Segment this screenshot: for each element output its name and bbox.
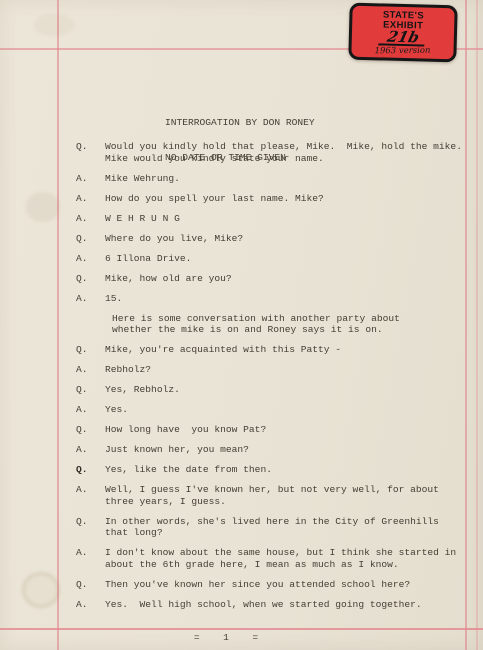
- speaker-label: A.: [76, 213, 105, 225]
- speech-text: Then you've known her since you attended…: [105, 579, 410, 591]
- bottom-margin-rule: [0, 628, 483, 630]
- qa-row: A.I don't know about the same house, but…: [76, 547, 472, 570]
- qa-row: Q.Where do you live, Mike?: [76, 233, 472, 245]
- speech-text: Rebholz?: [105, 364, 151, 376]
- speech-text: Just known her, you mean?: [105, 444, 249, 456]
- qa-row: A.6 Illona Drive.: [76, 253, 472, 265]
- paper-stain-ring: [22, 572, 60, 608]
- speech-text: In other words, she's lived here in the …: [105, 516, 439, 539]
- speech-text: Here is some conversation with another p…: [105, 313, 400, 336]
- speaker-label: Q.: [76, 233, 105, 245]
- paper-smudge: [26, 192, 60, 222]
- qa-row: Q.Then you've known her since you attend…: [76, 579, 472, 591]
- speaker-label: A.: [76, 193, 105, 205]
- speaker-label: Q.: [76, 516, 105, 539]
- speaker-label: Q.: [76, 424, 105, 436]
- qa-row: A.Yes.: [76, 404, 472, 416]
- speech-text: How long have you know Pat?: [105, 424, 266, 436]
- speaker-label: A.: [76, 173, 105, 185]
- speaker-label: A.: [76, 404, 105, 416]
- speech-text: Mike, how old are you?: [105, 273, 232, 285]
- qa-row: Q.How long have you know Pat?: [76, 424, 472, 436]
- speaker-label: Q.: [76, 273, 105, 285]
- speaker-label: A.: [76, 364, 105, 376]
- qa-row: Q.Mike, you're acquainted with this Patt…: [76, 344, 472, 356]
- qa-row: A.How do you spell your last name. Mike?: [76, 193, 472, 205]
- speech-text: I don't know about the same house, but I…: [105, 547, 456, 570]
- paper-smudge: [34, 14, 74, 36]
- speech-text: Would you kindly hold that please, Mike.…: [105, 141, 462, 164]
- speaker-label: Q.: [76, 141, 105, 164]
- speech-text: Mike Wehrung.: [105, 173, 180, 185]
- speaker-label: Q.: [76, 344, 105, 356]
- speaker-label: A.: [76, 599, 105, 611]
- qa-row: Q.Would you kindly hold that please, Mik…: [76, 141, 472, 164]
- header-title-line1: INTERROGATION BY DON RONEY: [165, 117, 315, 129]
- qa-row: A.Rebholz?: [76, 364, 472, 376]
- qa-row: A.Mike Wehrung.: [76, 173, 472, 185]
- qa-row: A.Well, I guess I've known her, but not …: [76, 484, 472, 507]
- speech-text: How do you spell your last name. Mike?: [105, 193, 324, 205]
- speech-text: 15.: [105, 293, 122, 305]
- page-number: = 1 =: [168, 632, 288, 644]
- qa-row: Q.Mike, how old are you?: [76, 273, 472, 285]
- narration-paragraph: Here is some conversation with another p…: [76, 313, 472, 336]
- speech-text: Yes, like the date from then.: [105, 464, 272, 476]
- speaker-label: Q.: [76, 464, 105, 476]
- right-margin-rule-faint: [476, 0, 478, 650]
- qa-row: A.15.: [76, 293, 472, 305]
- sticker-exhibit-number: 21b: [378, 30, 428, 46]
- speech-text: W E H R U N G: [105, 213, 180, 225]
- left-margin-rule: [57, 0, 59, 650]
- speech-text: Yes.: [105, 404, 128, 416]
- sticker-handwritten-note: 1963 version: [351, 47, 453, 57]
- speech-text: Well, I guess I've known her, but not ve…: [105, 484, 439, 507]
- transcript: Q.Would you kindly hold that please, Mik…: [76, 141, 472, 619]
- speaker-label: Q.: [76, 579, 105, 591]
- speech-text: 6 Illona Drive.: [105, 253, 191, 265]
- scanned-transcript-page: STATE'S EXHIBIT 21b 1963 version INTERRO…: [0, 0, 483, 650]
- speech-text: Mike, you're acquainted with this Patty …: [105, 344, 341, 356]
- speech-text: Yes, Rebholz.: [105, 384, 180, 396]
- speaker-label: [76, 313, 105, 336]
- speaker-label: A.: [76, 484, 105, 507]
- qa-row: Q.Yes, Rebholz.: [76, 384, 472, 396]
- speaker-label: A.: [76, 293, 105, 305]
- speaker-label: A.: [76, 444, 105, 456]
- speech-text: Where do you live, Mike?: [105, 233, 243, 245]
- qa-row: A.Yes. Well high school, when we started…: [76, 599, 472, 611]
- qa-row: Q.In other words, she's lived here in th…: [76, 516, 472, 539]
- speaker-label: A.: [76, 253, 105, 265]
- speaker-label: Q.: [76, 384, 105, 396]
- exhibit-sticker: STATE'S EXHIBIT 21b 1963 version: [348, 3, 457, 63]
- speaker-label: A.: [76, 547, 105, 570]
- speech-text: Yes. Well high school, when we started g…: [105, 599, 422, 611]
- qa-row: A.Just known her, you mean?: [76, 444, 472, 456]
- qa-row: A.W E H R U N G: [76, 213, 472, 225]
- qa-row: Q.Yes, like the date from then.: [76, 464, 472, 476]
